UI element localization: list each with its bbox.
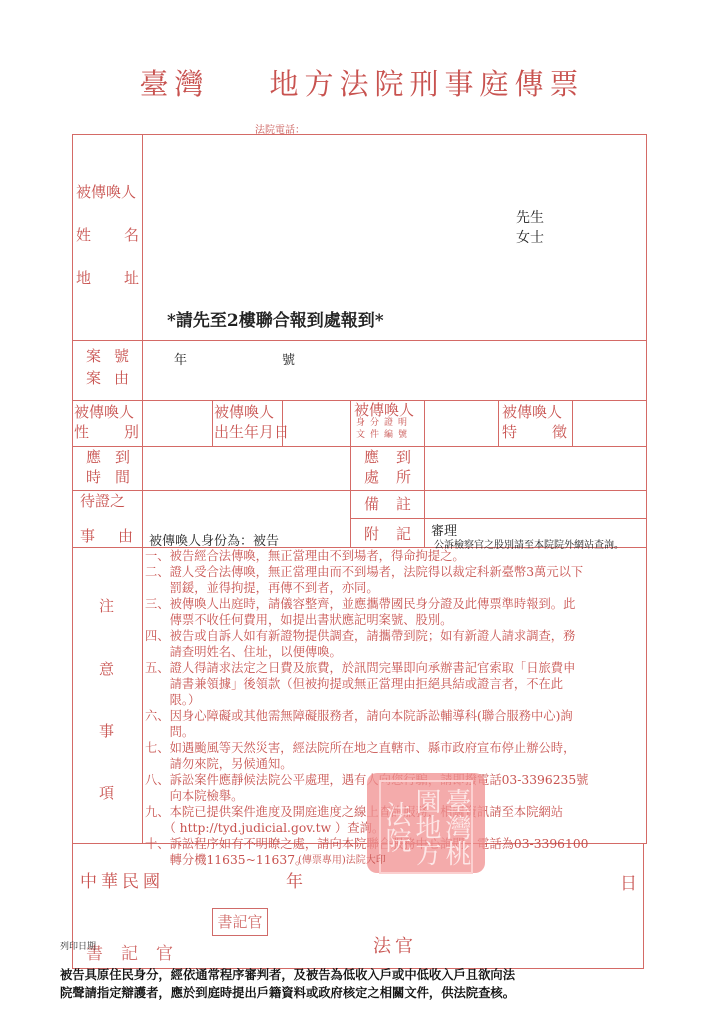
honorific-male: 先生 (516, 207, 544, 227)
title-court: 地方法院刑事庭傳票 (270, 67, 585, 101)
report-instruction: *請先至2樓聯合報到處報到* (167, 306, 384, 331)
title-region: 臺灣 (139, 67, 209, 101)
note-label-1: 附 (364, 525, 379, 543)
notice-item-9: 九、本院已提供案件進度及開庭進度之線上查詢服務，相關資訊請至本院網站 (145, 804, 563, 820)
notice-item-10-cont: 轉分機11635~11637。 (145, 852, 307, 868)
remarks-label-2: 註 (396, 495, 411, 513)
note-label-2: 記 (396, 525, 411, 543)
case-number-suffix: 號 (282, 349, 295, 368)
gender-label: 被傳喚人 (74, 403, 134, 421)
place-label-4: 所 (396, 468, 411, 486)
matters-label-2: 由 (118, 527, 133, 545)
document-title: 臺灣地方法院刑事庭傳票 (0, 62, 724, 103)
name-label-2: 名 (124, 226, 139, 244)
date-day: 日 (620, 875, 637, 893)
id-document-label-2b: 文件編號 (356, 430, 412, 441)
notice-item-6-cont: 問。 (145, 724, 194, 740)
features-label: 被傳喚人 (502, 403, 562, 421)
notice-item-1: 一、被告經合法傳喚，無正當理由不到場者，得命拘提之。 (145, 548, 465, 564)
notice-item-5-cont2: 限。） (145, 692, 200, 708)
birthdate-label: 被傳喚人 (214, 403, 274, 421)
case-reason-label-2: 由 (114, 369, 129, 387)
place-label-2: 到 (396, 448, 411, 466)
seal-caption: (傳票專用)法院大印 (298, 852, 386, 870)
notice-item-7: 七、如遇颱風等天然災害，經法院所在地之直轄市、縣市政府宣布停止辦公時， (145, 740, 575, 756)
features-label-char1: 特 (502, 423, 517, 441)
clerk-label: 書記官 (86, 945, 191, 963)
time-label-1: 應 (86, 448, 101, 466)
notice-item-2-cont: 罰鍰，並得拘提，再傳不到者，亦同。 (145, 580, 379, 596)
summoned-person-label: 被傳喚人 (76, 183, 136, 201)
honorific-female: 女士 (516, 227, 544, 247)
notice-item-8-cont: 向本院檢舉。 (145, 788, 243, 804)
place-label-1: 應 (364, 448, 379, 466)
notice-item-5: 五、證人得請求法定之日費及旅費，於訊問完畢即向承辦書記官索取「日旅費申 (145, 660, 575, 676)
case-reason-label-1: 案 (86, 369, 101, 387)
notice-item-3-cont: 傳票不收任何費用，如提出書狀應記明案號、股別。 (145, 612, 452, 628)
notice-item-4-cont: 請查明姓名、住址，以便傳喚。 (145, 644, 342, 660)
matters-label-top: 待證之 (80, 492, 125, 510)
notices-label-1: 注 (99, 597, 114, 615)
notice-item-7-cont: 請勿來院，另候通知。 (145, 756, 293, 772)
time-label-2: 到 (115, 448, 130, 466)
gender-label-char2: 別 (124, 423, 139, 441)
notices-label-4: 項 (99, 784, 114, 802)
case-number-label-1: 案 (86, 347, 101, 365)
judge-label: 法官 (373, 938, 417, 956)
remarks-label-1: 備 (364, 495, 379, 513)
notice-item-4: 四、被告或自訴人如有新證物提供調查，請攜帶到院；如有新證人請求調查，務 (145, 628, 575, 644)
notices-label-3: 事 (99, 722, 114, 740)
id-document-label: 被傳喚人 (354, 401, 414, 419)
footer-note-line1: 被告具原住民身分，經依通常程序審判者，及被告為低收入戶或中低收入戶且欲向法 (60, 965, 515, 983)
identity-text: 被傳喚人身份為：被告 (149, 530, 279, 549)
gender-label-char1: 性 (74, 423, 89, 441)
footer-note-line2: 院聲請指定辯護者，應於到庭時提出戶籍資料或政府核定之相關文件，供法院查核。 (60, 983, 515, 1001)
time-label-3: 時 (86, 468, 101, 486)
features-label-char2: 徵 (552, 423, 567, 441)
print-date-label: 列印日期 (60, 939, 96, 952)
date-era: 中華民國 (80, 873, 164, 891)
birthdate-label-2: 出生年月日 (214, 423, 289, 441)
notice-item-5-cont: 請書兼領據」後領款（但被拘提或無正當理由拒絕具結或證言者，不在此 (145, 676, 563, 692)
case-year-suffix: 年 (174, 349, 187, 368)
name-label-1: 姓 (76, 226, 91, 244)
place-label-3: 處 (364, 468, 379, 486)
clerk-stamp: 書記官 (212, 908, 268, 936)
court-seal-text: 臺灣桃園地方法院 (379, 780, 473, 874)
notices-label-2: 意 (99, 660, 114, 678)
case-number-label-2: 號 (114, 347, 129, 365)
notice-item-6: 六、因身心障礙或其他需無障礙服務者，請向本院訴訟輔導科(聯合服務中心)詢 (145, 708, 573, 724)
id-document-label-2a: 身分證明 (356, 418, 412, 429)
notice-item-2: 二、證人受合法傳喚，無正當理由而不到場者，法院得以裁定科新臺幣3萬元以下 (145, 564, 583, 580)
matters-label-1: 事 (80, 527, 95, 545)
notice-item-3: 三、被傳喚人出庭時，請儀容整齊，並應攜帶國民身分證及此傳票準時報到。此 (145, 596, 575, 612)
address-label-1: 地 (76, 269, 91, 287)
time-label-4: 間 (115, 468, 130, 486)
address-label-2: 址 (124, 269, 139, 287)
date-year: 年 (286, 873, 303, 891)
notice-item-9-cont: （ http://tyd.judicial.gov.tw ）查詢。 (145, 820, 384, 836)
